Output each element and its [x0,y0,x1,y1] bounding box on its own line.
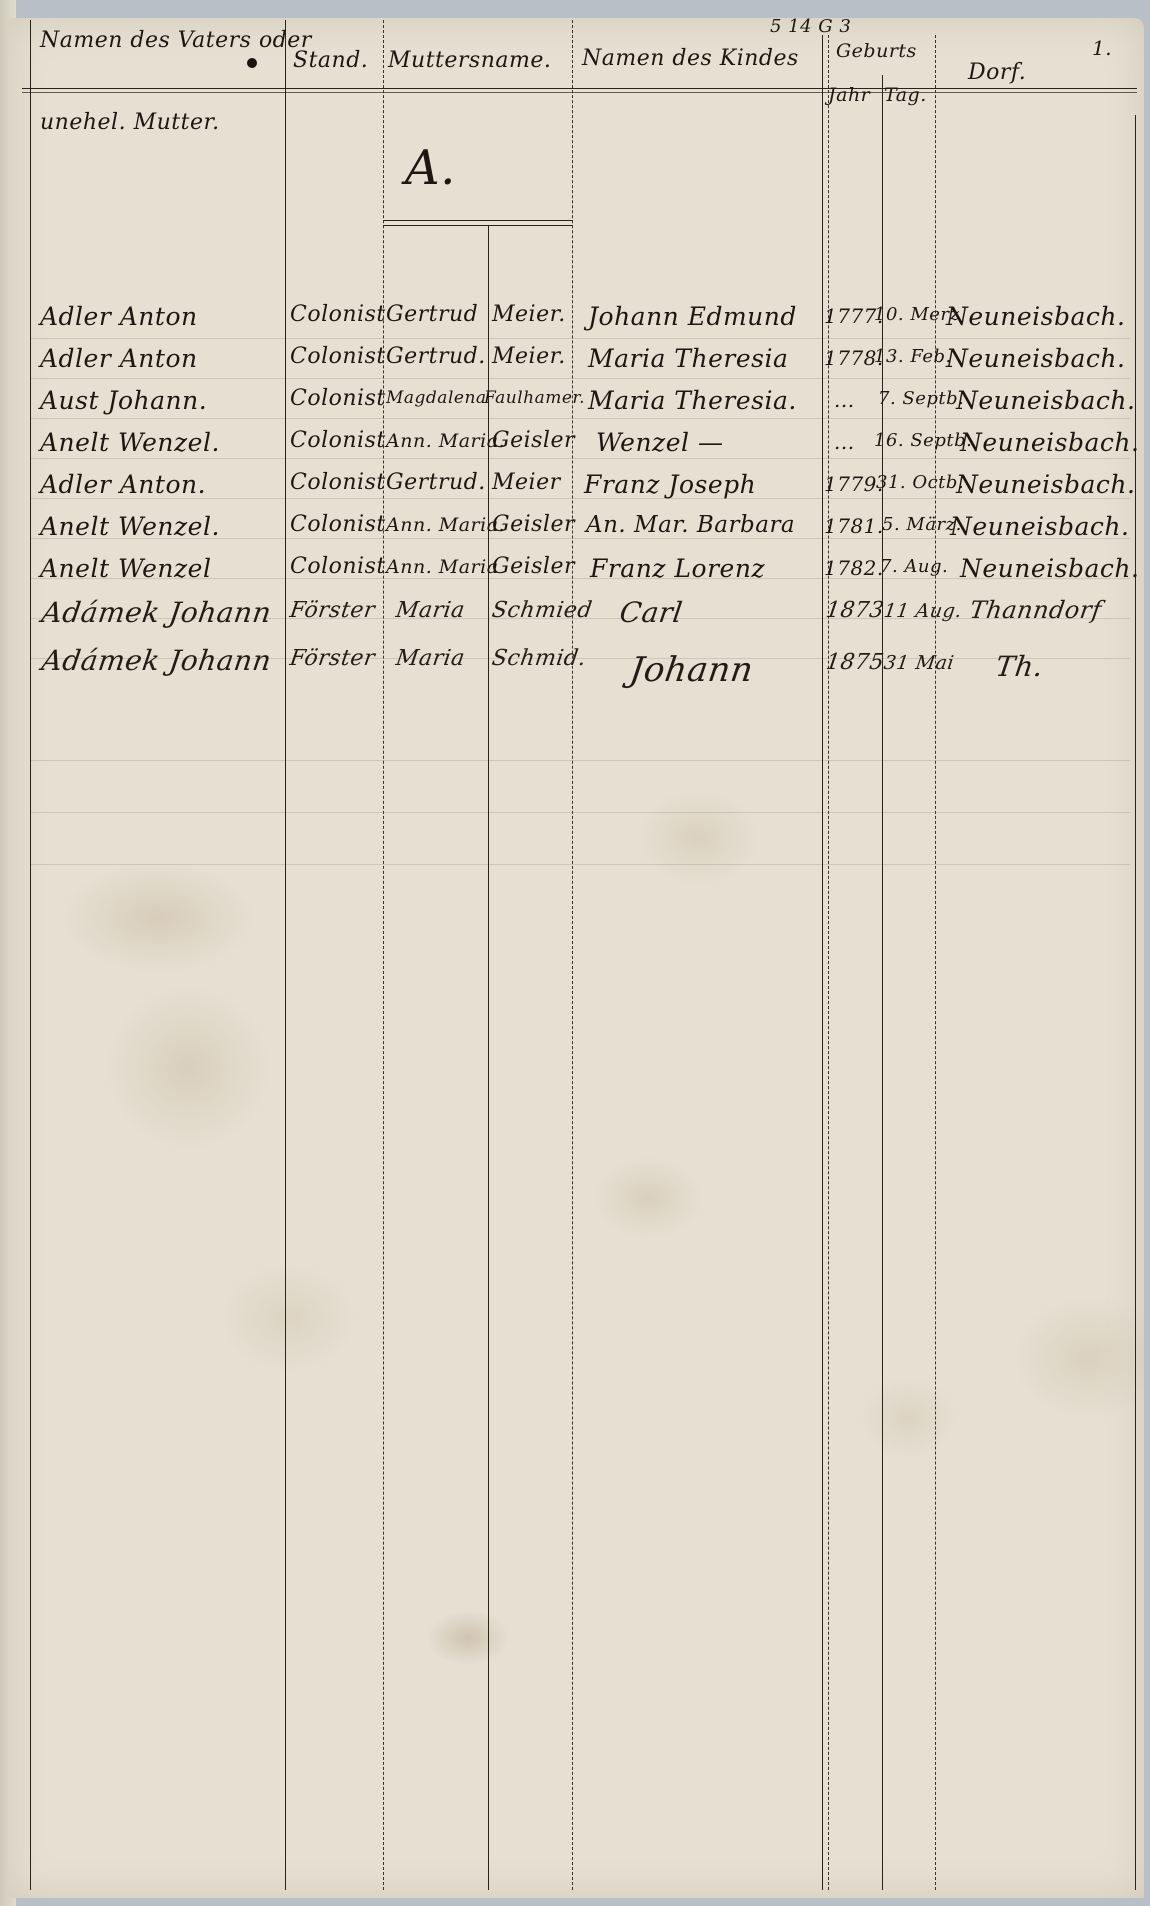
mother-surname: Schmied [490,598,594,623]
birth-day: 11 Aug. [882,600,963,622]
column-line [572,20,573,1890]
father-name: Adámek Johann [40,596,274,629]
mother-surname: Schmid. [490,646,588,671]
village: Neuneisbach. [956,386,1135,415]
stand: Förster [288,598,377,623]
father-name: Anelt Wenzel. [40,428,220,457]
birth-year: ... [834,388,855,412]
header-stand-label: Stand. [293,48,368,73]
section-letter: A. [405,140,456,196]
ruled-line [30,760,1130,761]
header-child-label: Namen des Kindes [582,46,799,71]
header-birth-label: Geburts [836,40,917,62]
father-name: Adler Anton [40,302,198,331]
mother-first-name: Maria [394,646,466,671]
header-mother-label: Muttersname. [388,48,551,73]
table-row: Adler Anton Colonist Gertrud. Meier. Mar… [0,344,1150,384]
child-name: Maria Theresia [588,344,788,373]
mother-first-name: Ann. Maria [386,556,499,578]
header-father-sublabel: unehel. Mutter. [40,110,220,135]
table-row: Anelt Wenzel Colonist Ann. Maria Geisler… [0,554,1150,594]
village: Thanndorf [968,596,1103,624]
birth-year: ... [834,430,855,454]
birth-year: 1875 [824,650,886,675]
father-name: Adler Anton [40,344,198,373]
child-name: An. Mar. Barbara [586,512,795,538]
ink-dot [247,58,257,68]
mother-first-name: Magdalena [386,388,487,408]
column-line [383,20,384,1890]
column-line [285,20,286,1890]
header-rule [22,92,1137,93]
mother-first-name: Ann. Maria. [386,430,505,452]
child-name: Franz Joseph [584,470,756,499]
mother-surname: Meier. [492,302,566,327]
village: Neuneisbach. [956,470,1135,499]
stand: Colonist [290,428,386,453]
father-name: Anelt Wenzel. [40,512,220,541]
stand: Colonist [290,554,386,579]
child-name: Carl [618,596,685,629]
village: Neuneisbach. [946,344,1125,373]
child-name: Johann Edmund [588,302,797,331]
child-name: Maria Theresia. [588,386,797,415]
birth-day: 7. Aug. [880,556,948,577]
column-line [30,20,31,1890]
father-name: Anelt Wenzel [40,554,211,583]
village: Neuneisbach. [960,428,1139,457]
birth-day: 31. Octb. [876,472,964,493]
birth-day: 7. Septb. [878,388,964,409]
mother-surname: Meier. [492,344,566,369]
table-row: Aust Johann. Colonist Magdalena Faulhame… [0,386,1150,426]
section-box-rule [383,220,573,221]
village: Th. [994,650,1046,683]
mother-first-name: Gertrud. [386,344,486,369]
father-name: Adler Anton. [40,470,206,499]
mother-first-name: Gertrud [386,302,478,327]
header-year-label: Jahr [828,84,870,106]
mother-first-name: Gertrud. [386,470,486,495]
mother-first-name: Maria [394,598,466,623]
stand: Colonist [290,512,386,537]
father-name: Adámek Johann [40,644,274,677]
birth-year: 1782. [824,556,884,580]
register-page [8,18,1144,1898]
village: Neuneisbach. [960,554,1139,583]
header-father-label: Namen des Vaters oder [40,28,312,53]
birth-year: 1873 [824,598,886,623]
header-village-label: Dorf. [968,60,1026,85]
child-name: Wenzel — [596,428,723,457]
birth-day: 13. Feb. [874,346,952,367]
top-note: 5 14 G 3 [770,16,851,37]
mother-surname: Geisler [492,512,575,537]
mother-surname: Geisler [492,554,575,579]
table-row: Adler Anton Colonist Gertrud Meier. Joha… [0,302,1150,342]
birth-year: 1781. [824,514,884,538]
village: Neuneisbach. [950,512,1129,541]
table-row: Anelt Wenzel. Colonist Ann. Maria. Geisl… [0,512,1150,552]
child-name: Franz Lorenz [590,554,765,583]
birth-year: 1779. [824,472,884,496]
mother-surname: Geisler [492,428,575,453]
ruled-line [30,864,1130,865]
village: Neuneisbach. [946,302,1125,331]
stand: Colonist [290,344,386,369]
header-rule [22,88,1137,89]
table-row: Adler Anton. Colonist Gertrud. Meier Fra… [0,470,1150,510]
ruled-line [30,812,1130,813]
mother-surname: Faulhamer. [484,388,585,408]
birth-day: 31 Mai [882,652,955,674]
table-row: Anelt Wenzel. Colonist Ann. Maria. Geisl… [0,428,1150,468]
section-box-rule [383,225,573,226]
birth-day: 16. Septb. [874,430,972,451]
stand: Colonist [290,470,386,495]
mother-surname: Meier [492,470,561,495]
stand: Förster [288,646,377,671]
father-name: Aust Johann. [40,386,207,415]
header-day-label: Tag. [884,84,927,106]
child-name: Johann [627,650,756,690]
table-row: Adámek Johann Förster Maria Schmied Carl… [0,596,1150,636]
mother-first-name: Ann. Maria. [386,514,505,536]
stand: Colonist [290,302,386,327]
page-number: 1. [1092,36,1112,60]
table-row: Adámek Johann Förster Maria Schmid. Joha… [0,644,1150,684]
stand: Colonist [290,386,386,411]
